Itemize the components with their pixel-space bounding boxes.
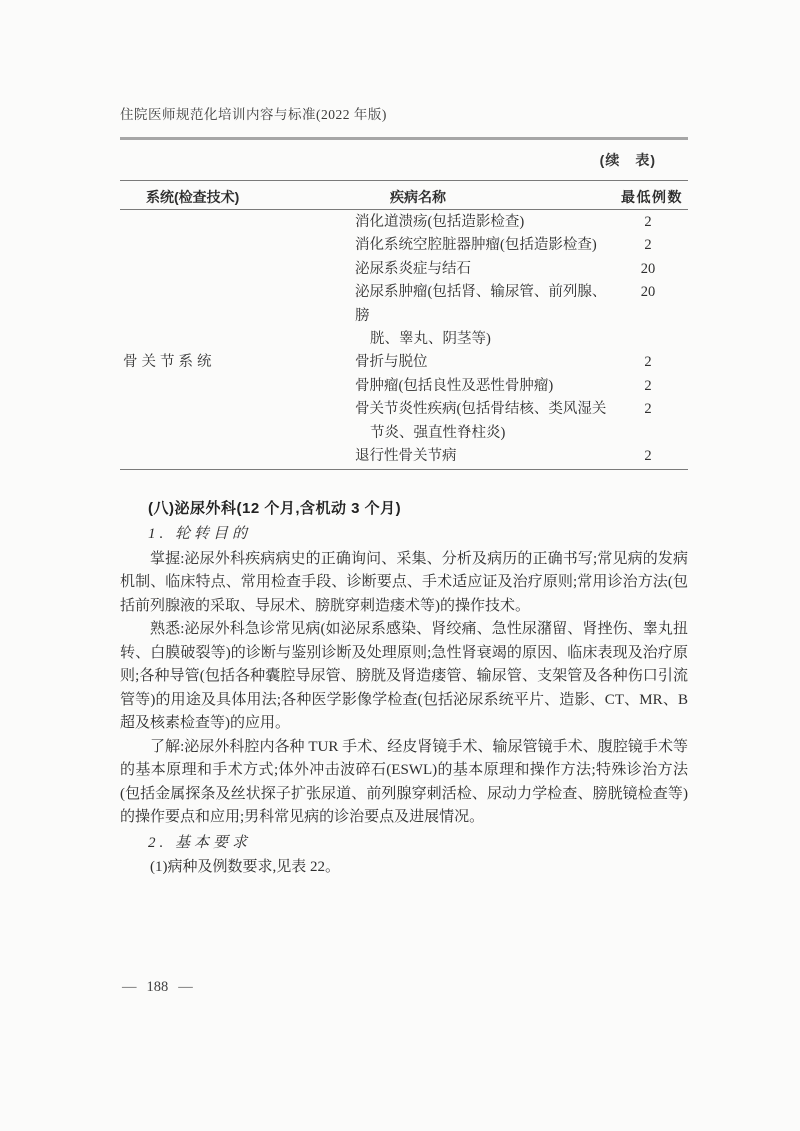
disease-cell: 骨关节炎性疾病(包括骨结核、类风湿关节炎、强直性脊柱炎) bbox=[355, 398, 608, 445]
header-divider bbox=[120, 137, 688, 140]
disease-table: 系统(检查技术) 疾病名称 最低例数 消化道溃疡(包括造影检查)2消化系统空腔脏… bbox=[120, 180, 688, 470]
paragraph-case-requirement: (1)病种及例数要求,见表 22。 bbox=[120, 856, 688, 880]
disease-cell: 消化系统空腔脏器肿瘤(包括造影检查) bbox=[355, 234, 608, 257]
count-cell: 2 bbox=[608, 375, 688, 398]
document-page: 住院医师规范化培训内容与标准(2022 年版) (续 表) 系统(检查技术) 疾… bbox=[0, 0, 800, 1131]
disease-cell: 泌尿系炎症与结石 bbox=[355, 258, 608, 281]
disease-cell: 骨折与脱位 bbox=[355, 351, 608, 374]
table-row: 退行性骨关节病2 bbox=[120, 445, 688, 468]
table-row: 泌尿系肿瘤(包括肾、输尿管、前列腺、膀胱、睾丸、阴茎等)20 bbox=[120, 281, 688, 351]
count-cell: 20 bbox=[608, 281, 688, 304]
count-cell: 2 bbox=[608, 398, 688, 421]
rotation-purpose-subheading: 1. 轮转目的 bbox=[120, 523, 688, 547]
disease-cell: 退行性骨关节病 bbox=[355, 445, 608, 468]
urology-section: (八)泌尿外科(12 个月,含机动 3 个月) 1. 轮转目的 掌握:泌尿外科疾… bbox=[120, 496, 688, 880]
paragraph-master: 掌握:泌尿外科疾病病史的正确询问、采集、分析及病历的正确书写;常见病的发病机制、… bbox=[120, 548, 688, 619]
page-number: — 188 — bbox=[122, 979, 193, 996]
count-cell: 20 bbox=[608, 258, 688, 281]
table-row: 消化系统空腔脏器肿瘤(包括造影检查)2 bbox=[120, 234, 688, 257]
table-row: 骨肿瘤(包括良性及恶性骨肿瘤)2 bbox=[120, 375, 688, 398]
basic-requirements-subheading: 2. 基本要求 bbox=[120, 832, 688, 856]
page-number-dash-left: — bbox=[122, 979, 137, 996]
page-number-dash-right: — bbox=[178, 979, 193, 996]
running-header: 住院医师规范化培训内容与标准(2022 年版) bbox=[120, 106, 688, 124]
disease-cell: 消化道溃疡(包括造影检查) bbox=[355, 211, 608, 234]
count-cell: 2 bbox=[608, 445, 688, 468]
paragraph-understand: 了解:泌尿外科腔内各种 TUR 手术、经皮肾镜手术、输尿管镜手术、腹腔镜手术等的… bbox=[120, 736, 688, 830]
table-header-row: 系统(检查技术) 疾病名称 最低例数 bbox=[120, 181, 688, 210]
count-cell: 2 bbox=[608, 211, 688, 234]
page-content: 住院医师规范化培训内容与标准(2022 年版) (续 表) 系统(检查技术) 疾… bbox=[120, 106, 688, 880]
column-header-disease: 疾病名称 bbox=[390, 187, 446, 207]
table-continuation-label: (续 表) bbox=[120, 152, 688, 169]
disease-cell: 骨肿瘤(包括良性及恶性骨肿瘤) bbox=[355, 375, 608, 398]
table-row: 消化道溃疡(包括造影检查)2 bbox=[120, 211, 688, 234]
paragraph-familiar: 熟悉:泌尿外科急诊常见病(如泌尿系感染、肾绞痛、急性尿潴留、肾挫伤、睾丸扭转、白… bbox=[120, 618, 688, 736]
table-row: 骨关节系统骨折与脱位2 bbox=[120, 351, 688, 374]
section-heading: (八)泌尿外科(12 个月,含机动 3 个月) bbox=[120, 496, 688, 521]
count-cell: 2 bbox=[608, 234, 688, 257]
page-number-value: 188 bbox=[147, 979, 169, 996]
count-cell: 2 bbox=[608, 351, 688, 374]
table-row: 骨关节炎性疾病(包括骨结核、类风湿关节炎、强直性脊柱炎)2 bbox=[120, 398, 688, 445]
disease-cell: 泌尿系肿瘤(包括肾、输尿管、前列腺、膀胱、睾丸、阴茎等) bbox=[355, 281, 608, 351]
system-cell: 骨关节系统 bbox=[120, 351, 355, 374]
column-header-min-cases: 最低例数 bbox=[621, 187, 683, 207]
table-row: 泌尿系炎症与结石20 bbox=[120, 258, 688, 281]
column-header-system: 系统(检查技术) bbox=[146, 187, 239, 207]
disease-table-body: 消化道溃疡(包括造影检查)2消化系统空腔脏器肿瘤(包括造影检查)2泌尿系炎症与结… bbox=[120, 210, 688, 469]
